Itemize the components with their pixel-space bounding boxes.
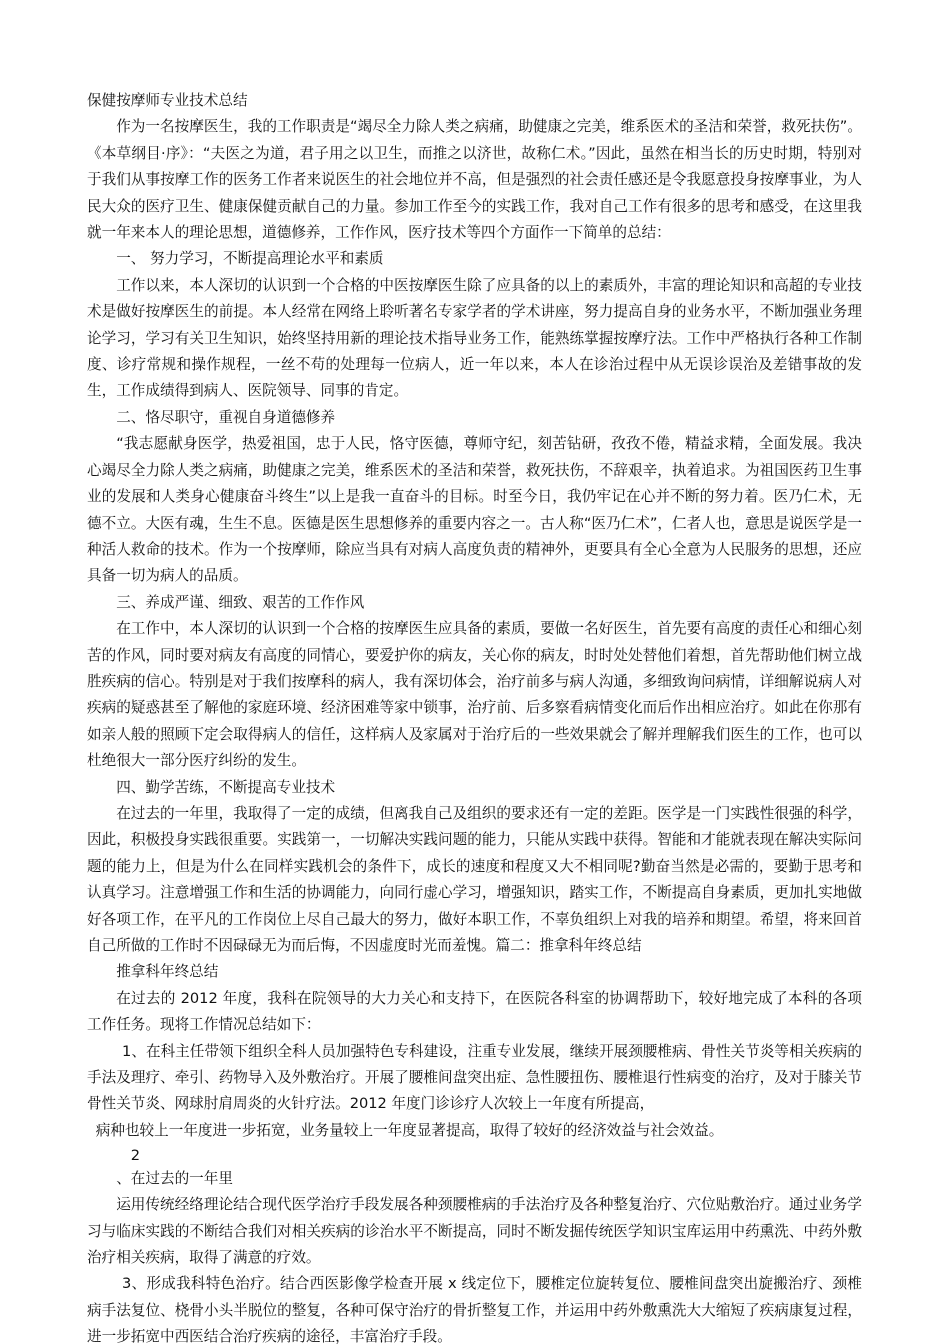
document-page: 保健按摩师专业技术总结 作为一名按摩医生，我的工作职责是“竭尽全力除人类之病痛，… [87,88,862,1344]
document-title: 保健按摩师专业技术总结 [87,88,862,114]
section-3-heading: 三、养成严谨、细致、艰苦的工作作风 [87,590,862,616]
part2-item-2-number: 2 [87,1146,862,1166]
section-2-body: “我志愿献身医学，热爱祖国，忠于人民，恪守医德，尊师守纪，刻苦钻研，孜孜不倦，精… [87,431,862,589]
section-1-body: 工作以来，本人深切的认识到一个合格的中医按摩医生除了应具备的以上的素质外，丰富的… [87,273,862,405]
section-2-heading: 二、恪尽职守，重视自身道德修养 [87,405,862,431]
part2-item-3: 3、形成我科特色治疗。结合西医影像学检查开展 x 线定位下，腰椎定位旋转复位、腰… [87,1271,862,1344]
part2-item-2-body: 运用传统经络理论结合现代医学治疗手段发展各种颈腰椎病的手法治疗及各种整复治疗、穴… [87,1192,862,1271]
section-4-body: 在过去的一年里，我取得了一定的成绩，但离我自己及组织的要求还有一定的差距。医学是… [87,801,862,959]
section-4-heading: 四、勤学苦练，不断提高专业技术 [87,775,862,801]
section-1-heading: 一、 努力学习，不断提高理论水平和素质 [87,246,862,272]
part2-heading: 推拿科年终总结 [87,959,862,985]
part2-item-2-fragment: 、在过去的一年里 [87,1166,862,1192]
part2-item-1: 1、在科主任带领下组织全科人员加强特色专科建设，注重专业发展，继续开展颈腰椎病、… [87,1039,862,1118]
section-3-body: 在工作中，本人深切的认识到一个合格的按摩医生应具备的素质，要做一名好医生，首先要… [87,616,862,774]
intro-paragraph: 作为一名按摩医生，我的工作职责是“竭尽全力除人类之病痛，助健康之完美，维系医术的… [87,114,862,246]
part2-intro: 在过去的 2012 年度，我科在院领导的大力关心和支持下，在医院各科室的协调帮助… [87,986,862,1039]
part2-item-1-continued: 病种也较上一年度进一步拓宽，业务量较上一年度显著提高，取得了较好的经济效益与社会… [87,1118,862,1144]
